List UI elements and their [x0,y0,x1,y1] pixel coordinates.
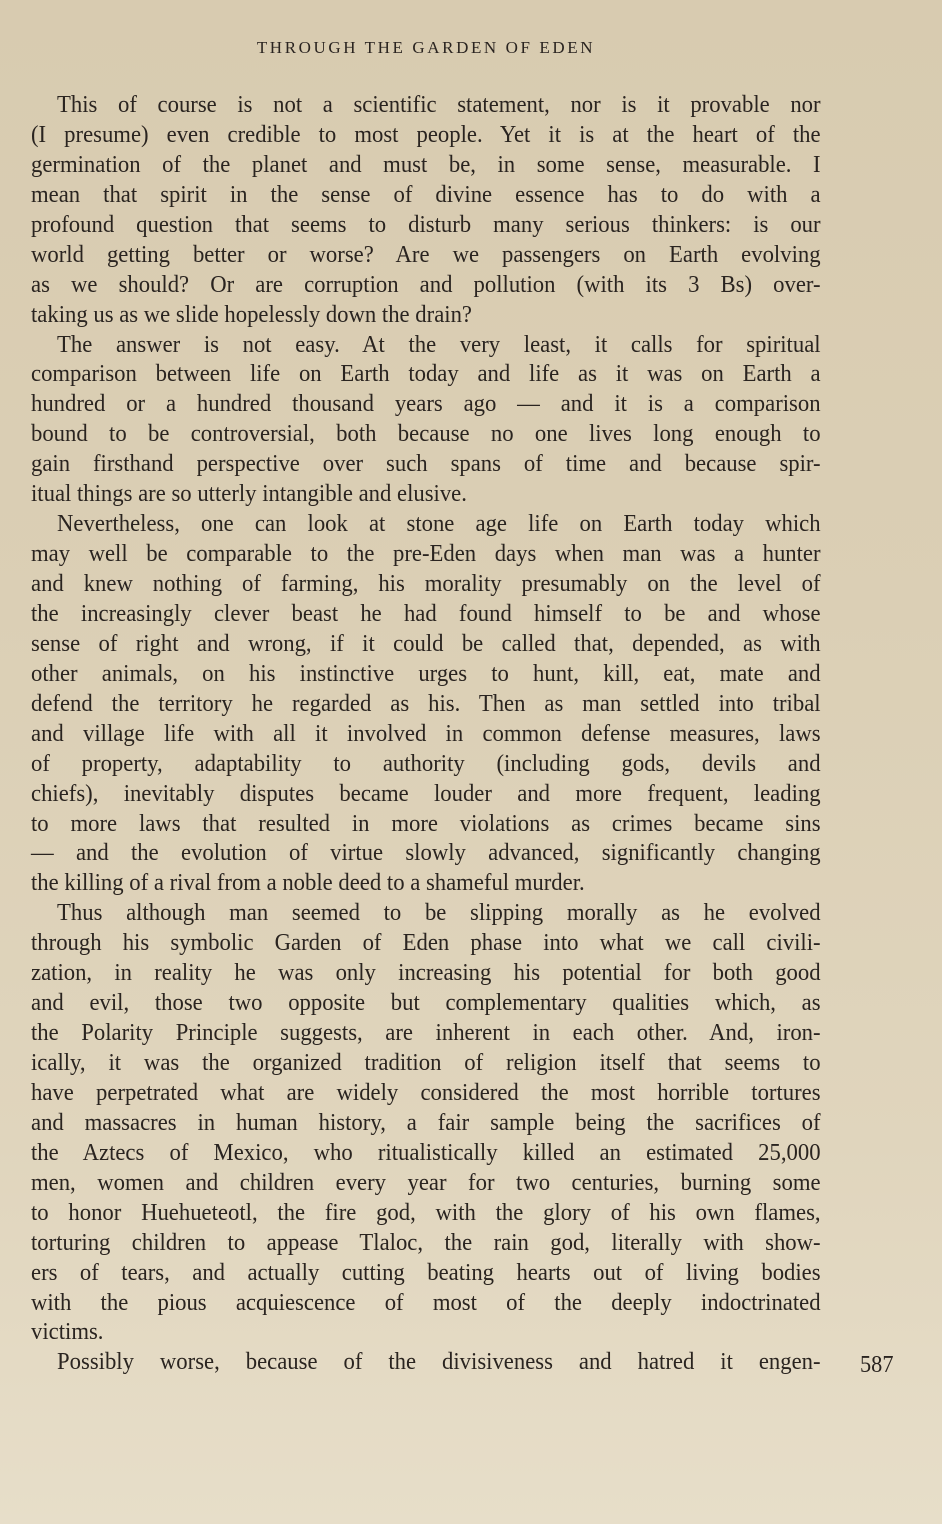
text-line: comparison between life on Earth today a… [31,359,821,389]
page-number: 587 [860,1352,893,1379]
text-line: and massacres in human history, a fair s… [31,1108,821,1138]
text-line: with the pious acquiescence of most of t… [31,1288,821,1318]
text-line: the killing of a rival from a noble deed… [31,868,821,898]
text-line: the increasingly clever beast he had fou… [31,599,821,629]
text-line: Possibly worse, because of the divisiven… [31,1347,821,1377]
text-line: through his symbolic Garden of Eden phas… [31,928,821,958]
running-head: THROUGH THE GARDEN OF EDEN [0,38,852,58]
text-line: to honor Huehueteotl, the fire god, with… [31,1198,821,1228]
text-line: and evil, those two opposite but complem… [31,988,821,1018]
text-line: taking us as we slide hopelessly down th… [31,300,821,330]
text-line: of property, adaptability to authority (… [31,749,821,779]
text-line: other animals, on his instinctive urges … [31,659,821,689]
text-line: the Aztecs of Mexico, who ritualisticall… [31,1138,821,1168]
text-line: ically, it was the organized tradition o… [31,1048,821,1078]
text-line: torturing children to appease Tlaloc, th… [31,1228,821,1258]
paragraph: Possibly worse, because of the divisiven… [31,1347,821,1377]
paragraph: Thus although man seemed to be slipping … [31,898,821,1347]
text-line: may well be comparable to the pre-Eden d… [31,539,821,569]
text-line: bound to be controversial, both because … [31,419,821,449]
text-line: chiefs), inevitably disputes became loud… [31,779,821,809]
text-line: The answer is not easy. At the very leas… [31,330,821,360]
text-line: hundred or a hundred thousand years ago … [31,389,821,419]
text-line: itual things are so utterly intangible a… [31,479,821,509]
text-line: have perpetrated what are widely conside… [31,1078,821,1108]
text-line: gain firsthand perspective over such spa… [31,449,821,479]
text-line: (I presume) even credible to most people… [31,120,821,150]
text-line: as we should? Or are corruption and poll… [31,270,821,300]
text-line: profound question that seems to disturb … [31,210,821,240]
text-line: This of course is not a scientific state… [31,90,821,120]
text-line: Nevertheless, one can look at stone age … [31,509,821,539]
text-line: and knew nothing of farming, his moralit… [31,569,821,599]
paragraph: Nevertheless, one can look at stone age … [31,509,821,898]
paragraph: This of course is not a scientific state… [31,90,821,330]
text-line: defend the territory he regarded as his.… [31,689,821,719]
text-line: mean that spirit in the sense of divine … [31,180,821,210]
text-line: world getting better or worse? Are we pa… [31,240,821,270]
text-line: ers of tears, and actually cutting beati… [31,1258,821,1288]
text-line: and village life with all it involved in… [31,719,821,749]
book-page: THROUGH THE GARDEN OF EDEN This of cours… [0,0,942,1524]
text-line: sense of right and wrong, if it could be… [31,629,821,659]
text-line: to more laws that resulted in more viola… [31,809,821,839]
text-line: the Polarity Principle suggests, are inh… [31,1018,821,1048]
text-line: Thus although man seemed to be slipping … [31,898,821,928]
text-line: victims. [31,1317,821,1347]
text-line: men, women and children every year for t… [31,1168,821,1198]
text-line: zation, in reality he was only increasin… [31,958,821,988]
text-line: germination of the planet and must be, i… [31,150,821,180]
body-text: This of course is not a scientific state… [31,90,821,1377]
paragraph: The answer is not easy. At the very leas… [31,330,821,510]
text-line: — and the evolution of virtue slowly adv… [31,838,821,868]
